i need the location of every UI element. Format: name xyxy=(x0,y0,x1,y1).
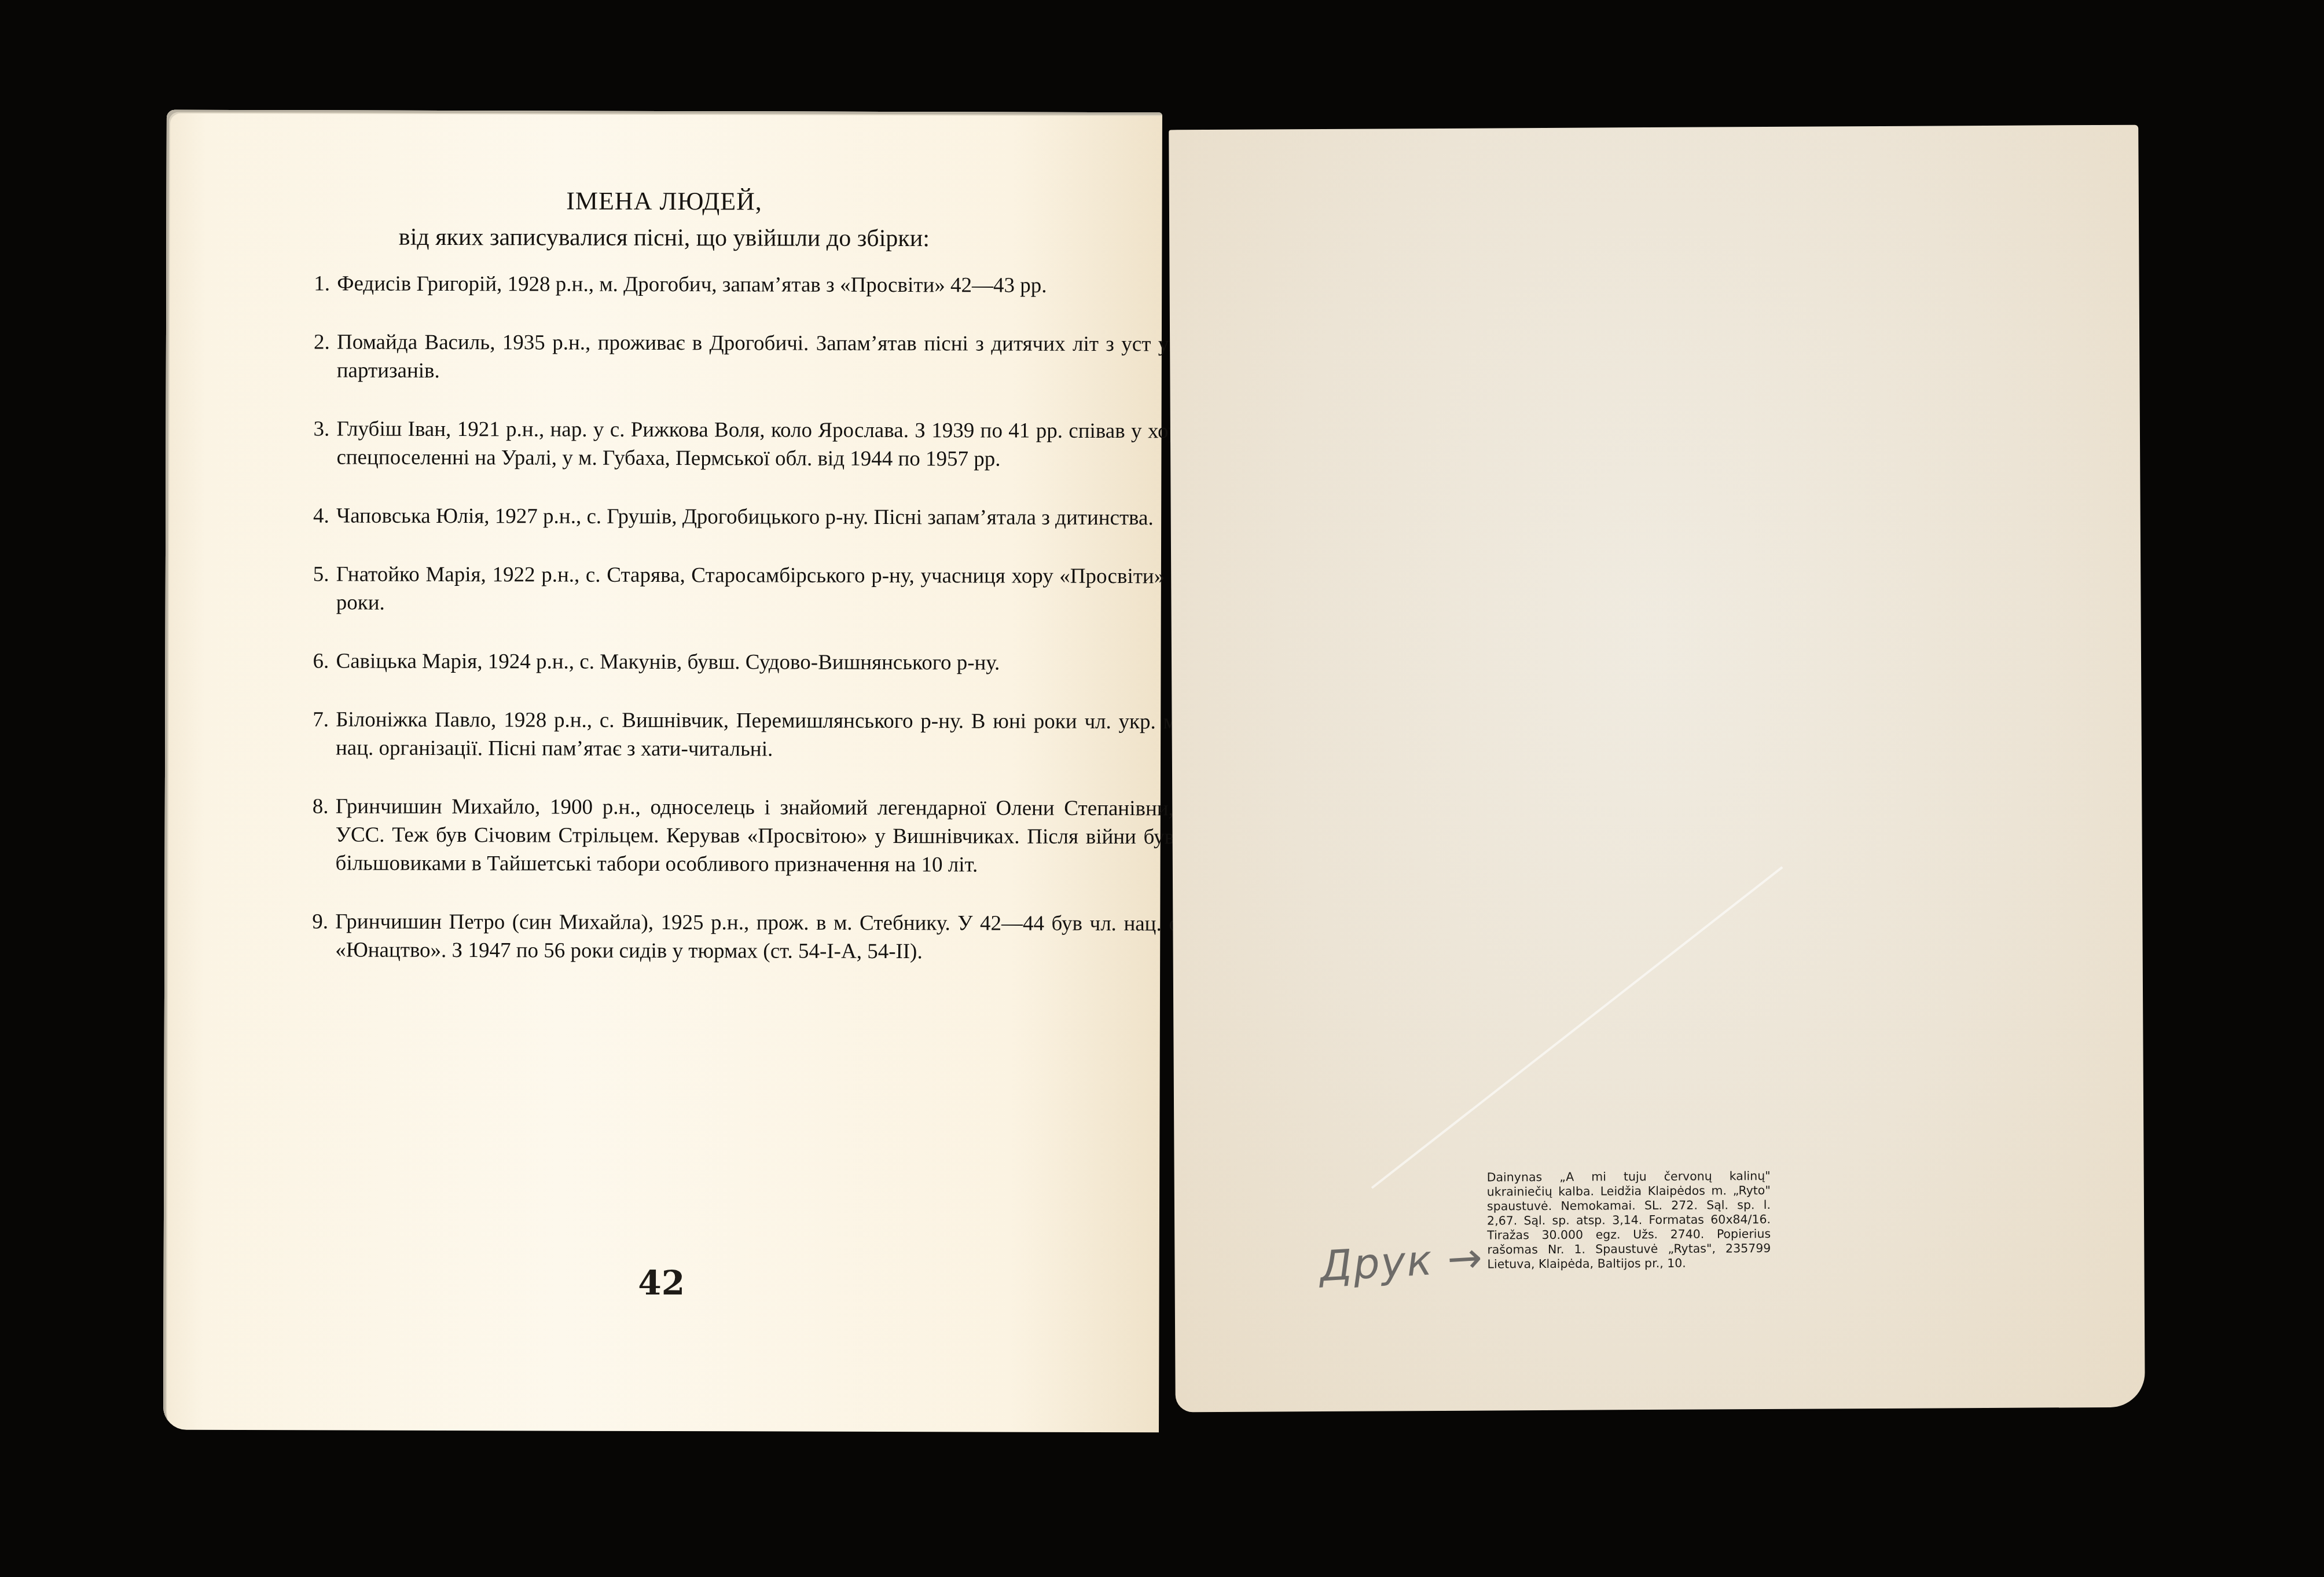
list-item: 5. Гнатойко Марія, 1922 р.н., с. Старява… xyxy=(313,560,1268,619)
list-item: 4. Чаповська Юлія, 1927 р.н., с. Грушів,… xyxy=(313,501,1268,532)
handwritten-note: Друк → xyxy=(1318,1233,1485,1290)
page-title: ІМЕНА ЛЮДЕЙ, xyxy=(167,185,1162,218)
item-number: 4. xyxy=(313,501,336,530)
item-text: Чаповська Юлія, 1927 р.н., с. Грушів, Др… xyxy=(336,502,1268,533)
left-page: ІМЕНА ЛЮДЕЙ, від яких записувалися пісні… xyxy=(163,110,1162,1432)
page-subtitle: від яких записувалися пісні, що увійшли … xyxy=(166,223,1162,254)
colophon: Dainynas „A mi tuju červonų kalinų" ukra… xyxy=(1487,1169,1771,1272)
list-item: 3. Глубіш Іван, 1921 р.н., нар. у с. Риж… xyxy=(313,415,1268,474)
item-number: 5. xyxy=(313,560,336,617)
item-number: 2. xyxy=(314,328,337,384)
item-number: 1. xyxy=(314,269,337,298)
contributors-list: 1. Федисів Григорій, 1928 р.н., м. Дрого… xyxy=(312,269,1269,996)
list-item: 9. Гринчишин Петро (син Михайла), 1925 р… xyxy=(312,907,1267,966)
list-item: 8. Гринчишин Михайло, 1900 р.н., односел… xyxy=(313,792,1268,879)
item-text: Гнатойко Марія, 1922 р.н., с. Старява, С… xyxy=(336,560,1268,619)
item-text: Білоніжка Павло, 1928 р.н., с. Вишнівчик… xyxy=(336,706,1268,765)
item-text: Гринчишин Петро (син Михайла), 1925 р.н.… xyxy=(335,908,1267,967)
item-text: Помайда Василь, 1935 р.н., проживає в Др… xyxy=(337,328,1269,387)
item-number: 3. xyxy=(313,415,336,471)
item-text: Гринчишин Михайло, 1900 р.н., односелець… xyxy=(336,793,1268,880)
page-number: 42 xyxy=(164,1262,1159,1304)
item-number: 6. xyxy=(313,647,336,675)
item-number: 7. xyxy=(313,705,336,762)
list-item: 7. Білоніжка Павло, 1928 р.н., с. Вишнів… xyxy=(313,705,1268,764)
list-item: 6. Савіцька Марія, 1924 р.н., с. Макунів… xyxy=(313,647,1268,677)
item-text: Глубіш Іван, 1921 р.н., нар. у с. Рижков… xyxy=(336,415,1268,474)
item-number: 9. xyxy=(312,907,335,964)
list-item: 1. Федисів Григорій, 1928 р.н., м. Дрого… xyxy=(314,269,1269,300)
item-number: 8. xyxy=(313,792,336,877)
right-page: Друк → Dainynas „A mi tuju červonų kalin… xyxy=(1169,125,2145,1413)
item-text: Федисів Григорій, 1928 р.н., м. Дрогобич… xyxy=(337,270,1269,300)
list-item: 2. Помайда Василь, 1935 р.н., проживає в… xyxy=(314,328,1269,387)
item-text: Савіцька Марія, 1924 р.н., с. Макунів, б… xyxy=(336,647,1268,678)
